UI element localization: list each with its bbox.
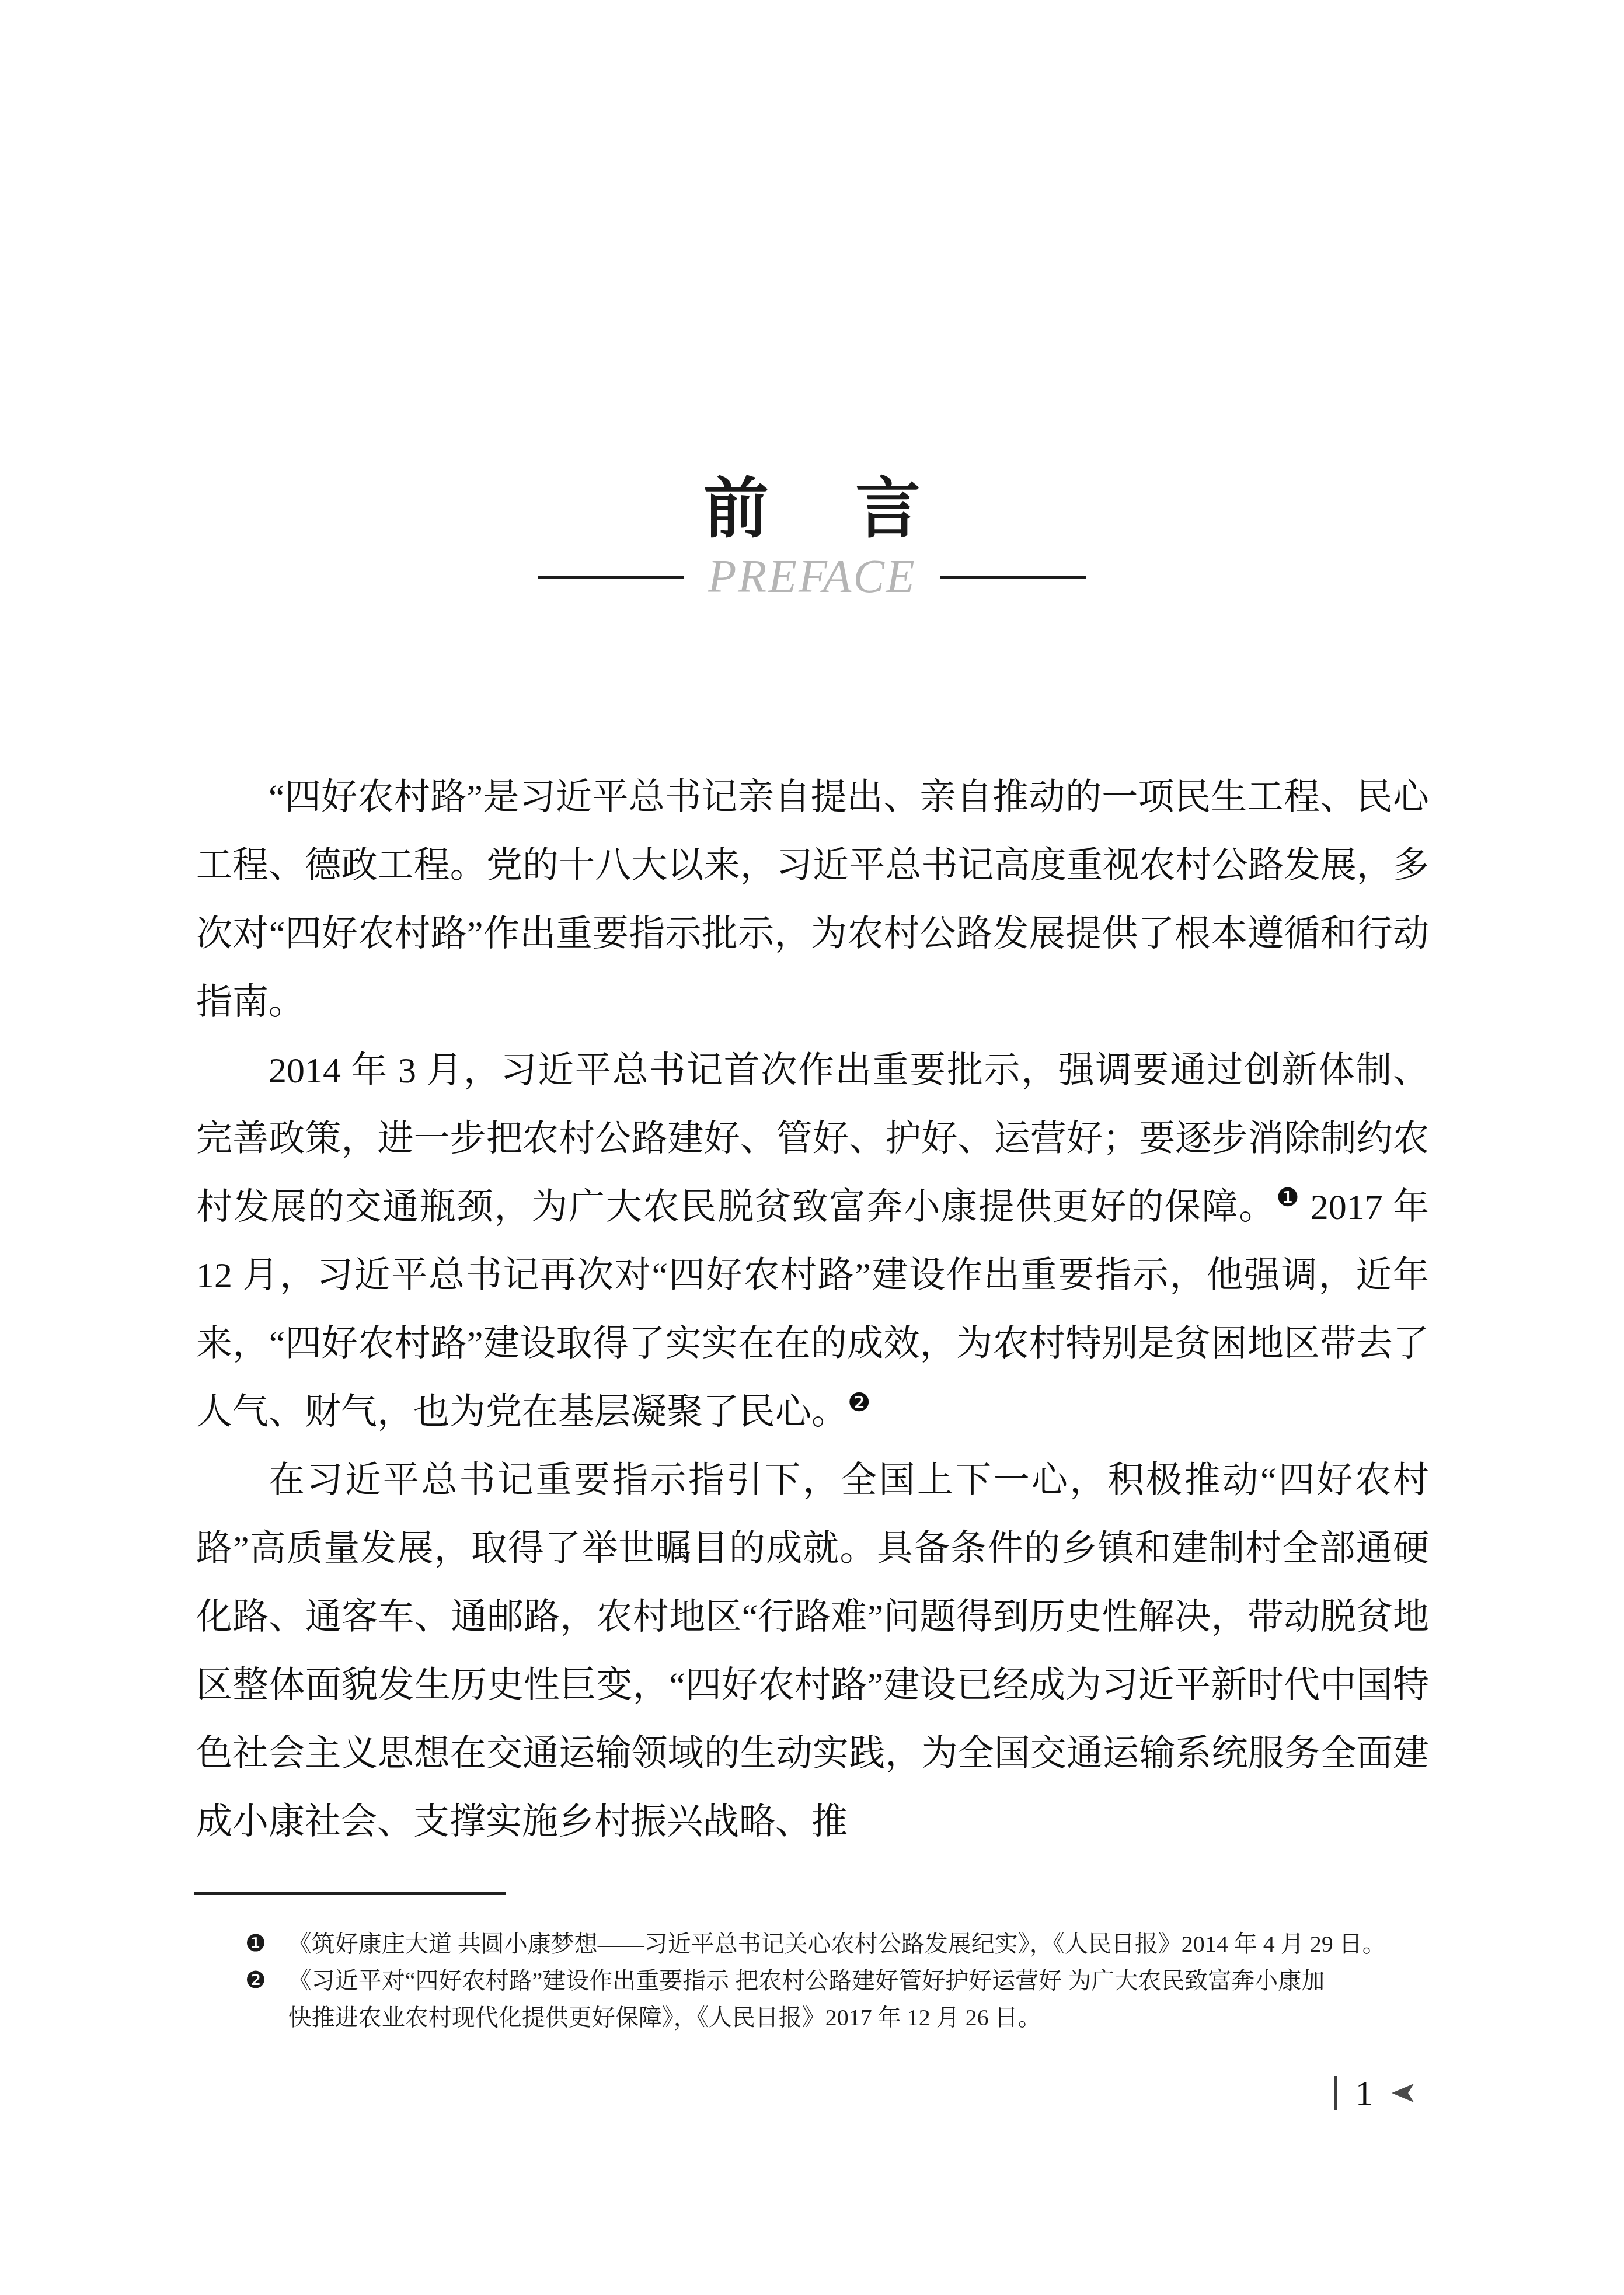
footnote-item: ❷《习近平对“四好农村路”建设作出重要指示 把农村公路建好管好护好运营好 为广大… — [196, 1962, 1445, 2036]
body-paragraph: 在习近平总书记重要指示指引下，全国上下一心，积极推动“四好农村路”高质量发展，取… — [196, 1447, 1429, 1857]
page-number: 1 — [1355, 2075, 1373, 2111]
page-subtitle: PREFACE — [708, 553, 916, 600]
footnote-separator — [194, 1892, 506, 1895]
footnote-text: 《习近平对“四好农村路”建设作出重要指示 把农村公路建好管好护好运营好 为广大农… — [288, 1962, 1445, 2036]
body-run: “四好农村路”是习近平总书记亲自提出、亲自推动的一项民生工程、民心工程、德政工程… — [196, 778, 1429, 1022]
footnote-marker: ❷ — [245, 1962, 266, 1999]
page-title: 前 言 — [0, 476, 1624, 542]
body-run: 2014 年 3 月，习近平总书记首次作出重要批示，强调要通过创新体制、完善政策… — [196, 1051, 1429, 1227]
body-run: 在习近平总书记重要指示指引下，全国上下一心，积极推动“四好农村路”高质量发展，取… — [196, 1461, 1429, 1842]
body-paragraph: 2014 年 3 月，习近平总书记首次作出重要批示，强调要通过创新体制、完善政策… — [196, 1037, 1429, 1447]
preface-page: 前 言 PREFACE “四好农村路”是习近平总书记亲自提出、亲自推动的一项民生… — [0, 0, 1624, 2295]
title-char-1: 前 — [703, 476, 769, 542]
footnote-ref: ❷ — [848, 1388, 870, 1418]
footnote-line: 《习近平对“四好农村路”建设作出重要指示 把农村公路建好管好护好运营好 为广大农… — [288, 1962, 1445, 1999]
footnote-item: ❶《筑好康庄大道 共圆小康梦想——习近平总书记关心农村公路发展纪实》，《人民日报… — [196, 1925, 1445, 1962]
left-arrow-icon — [1392, 2084, 1414, 2102]
footnote-text: 《筑好康庄大道 共圆小康梦想——习近平总书记关心农村公路发展纪实》，《人民日报》… — [288, 1925, 1445, 1962]
title-char-2: 言 — [855, 476, 921, 542]
body-text: “四好农村路”是习近平总书记亲自提出、亲自推动的一项民生工程、民心工程、德政工程… — [196, 764, 1429, 1857]
body-paragraph: “四好农村路”是习近平总书记亲自提出、亲自推动的一项民生工程、民心工程、德政工程… — [196, 764, 1429, 1037]
footnote-marker: ❶ — [245, 1925, 266, 1962]
subtitle-row: PREFACE — [0, 553, 1624, 600]
footnote-line: 《筑好康庄大道 共圆小康梦想——习近平总书记关心农村公路发展纪实》，《人民日报》… — [288, 1925, 1445, 1962]
footer-divider — [1334, 2076, 1337, 2110]
page-footer: 1 — [1334, 2074, 1414, 2112]
rule-left — [538, 576, 684, 579]
footnote-line: 快推进农业农村现代化提供更好保障》，《人民日报》2017 年 12 月 26 日… — [288, 1999, 1445, 2036]
footnotes: ❶《筑好康庄大道 共圆小康梦想——习近平总书记关心农村公路发展纪实》，《人民日报… — [196, 1925, 1445, 2036]
footnote-ref: ❶ — [1276, 1183, 1300, 1213]
rule-right — [940, 576, 1086, 579]
